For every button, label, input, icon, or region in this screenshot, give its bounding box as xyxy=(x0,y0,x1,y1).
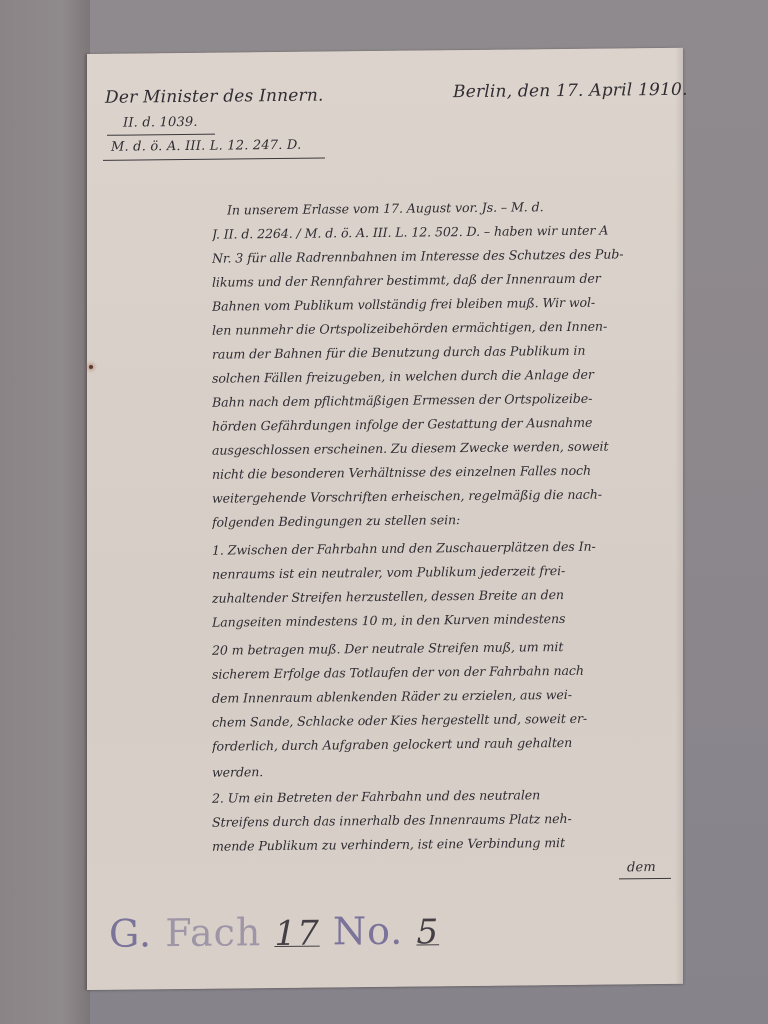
stamp-fach-label: Fach xyxy=(165,910,261,955)
body-line: nicht die besonderen Verhältnisse des ei… xyxy=(212,462,682,482)
stamp-no-value: 5 xyxy=(416,912,439,952)
reference-underline-2 xyxy=(103,158,325,161)
sender-line: Der Minister des Innern. xyxy=(105,86,324,108)
reference-line-2: M. d. ö. A. III. L. 12. 247. D. xyxy=(111,138,301,155)
stamp-fach-number: 17 xyxy=(274,914,319,954)
reference-underline-1 xyxy=(107,134,215,136)
body-line: forderlich, durch Aufgraben gelockert un… xyxy=(212,734,682,754)
body-line: len nunmehr die Ortspolizeibehörden ermä… xyxy=(212,318,682,338)
body-line: hörden Gefährdungen infolge der Gestattu… xyxy=(212,414,682,434)
body-line: Langseiten mindestens 10 m, in den Kurve… xyxy=(212,610,682,630)
body-line: weitergehende Vorschriften erheischen, r… xyxy=(212,486,682,506)
body-line: folgenden Bedingungen zu stellen sein: xyxy=(212,510,682,530)
stamp-no-label: No. xyxy=(333,909,404,954)
catchword-underline xyxy=(619,878,671,880)
catchword: dem xyxy=(627,860,656,875)
body-line: raum der Bahnen für die Benutzung durch … xyxy=(212,342,682,362)
numbered-paragraph-1: 1. Zwischen der Fahrbahn und den Zuschau… xyxy=(212,538,682,558)
body-line: chem Sande, Schlacke oder Kies hergestel… xyxy=(212,710,682,730)
document-page: Der Minister des Innern. II. d. 1039. M.… xyxy=(87,48,683,990)
body-line: 20 m betragen muß. Der neutrale Streifen… xyxy=(212,638,682,658)
archive-stamp: G. Fach 17 No. 5 xyxy=(109,908,439,955)
body-line: werden. xyxy=(212,760,682,780)
body-line: dem Innenraum ablenkenden Räder zu erzie… xyxy=(212,686,682,706)
stamp-prefix: G. xyxy=(109,911,152,955)
body-line: nenraums ist ein neutraler, vom Publikum… xyxy=(212,562,682,582)
body-line: ausgeschlossen erscheinen. Zu diesem Zwe… xyxy=(212,438,682,458)
place-date: Berlin, den 17. April 1910. xyxy=(453,80,688,102)
body-line: J. II. d. 2264. / M. d. ö. A. III. L. 12… xyxy=(212,222,682,242)
body-line: sicherem Erfolge das Totlaufen der von d… xyxy=(212,662,682,682)
reference-line-1: II. d. 1039. xyxy=(123,115,198,131)
numbered-paragraph-2: 2. Um ein Betreten der Fahrbahn und des … xyxy=(212,786,682,806)
body-line: Bahnen vom Publikum vollständig frei ble… xyxy=(212,294,682,314)
body-line: Streifens durch das innerhalb des Innenr… xyxy=(212,810,682,830)
body-line: solchen Fällen freizugeben, in welchen d… xyxy=(212,366,682,386)
body-line: Bahn nach dem pflichtmäßigen Ermessen de… xyxy=(212,390,682,410)
body-line: mende Publikum zu verhindern, ist eine V… xyxy=(212,834,682,854)
body-line: Nr. 3 für alle Radrennbahnen im Interess… xyxy=(212,246,682,266)
body-line: In unserem Erlasse vom 17. August vor. J… xyxy=(227,198,682,218)
body-line: zuhaltender Streifen herzustellen, desse… xyxy=(212,586,682,606)
paper-stain xyxy=(89,365,93,369)
background-surface xyxy=(0,0,90,1024)
body-line: likums und der Rennfahrer bestimmt, daß … xyxy=(212,270,682,290)
